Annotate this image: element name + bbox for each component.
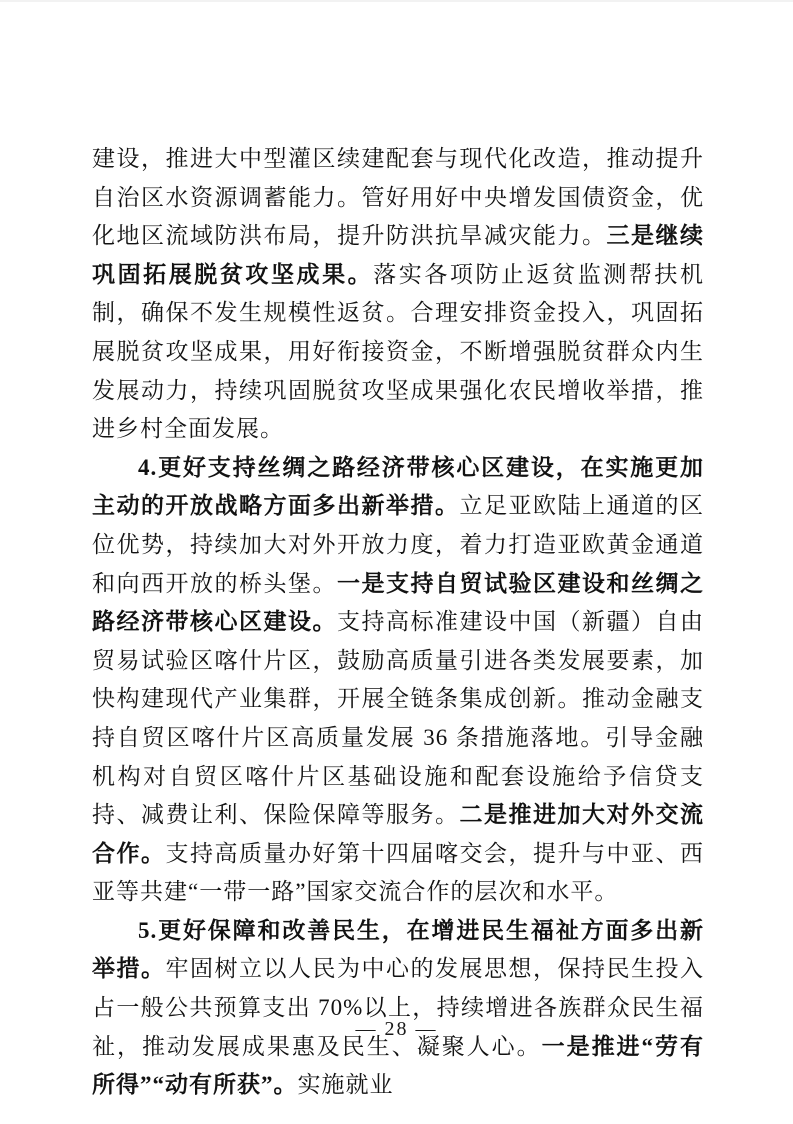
text-run: 实施就业 (298, 1072, 394, 1097)
paragraph-3: 5.更好保障和改善民生，在增进民生福祉方面多出新举措。牢固树立以人民为中心的发展… (92, 912, 704, 1105)
text-run: 支持高标准建设中国（新疆）自由贸易试验区喀什片区，鼓励高质量引进各类发展要素，加… (92, 609, 704, 827)
text-run: 落实各项防止返贫监测帮扶机制，确保不发生规模性返贫。合理安排资金投入，巩固拓展脱… (92, 262, 704, 441)
page-number: — 28 — (0, 1018, 793, 1041)
paragraph-2: 4.更好支持丝绸之路经济带核心区建设，在实施更加主动的开放战略方面多出新举措。立… (92, 449, 704, 912)
document-page: 建设，推进大中型灌区续建配套与现代化改造，推动提升自治区水资源调蓄能力。管好用好… (0, 0, 793, 1124)
document-body: 建设，推进大中型灌区续建配套与现代化改造，推动提升自治区水资源调蓄能力。管好用好… (92, 140, 704, 1105)
text-run: 支持高质量办好第十四届喀交会，提升与中亚、西亚等共建“一带一路”国家交流合作的层… (92, 841, 704, 905)
paragraph-1: 建设，推进大中型灌区续建配套与现代化改造，推动提升自治区水资源调蓄能力。管好用好… (92, 140, 704, 449)
